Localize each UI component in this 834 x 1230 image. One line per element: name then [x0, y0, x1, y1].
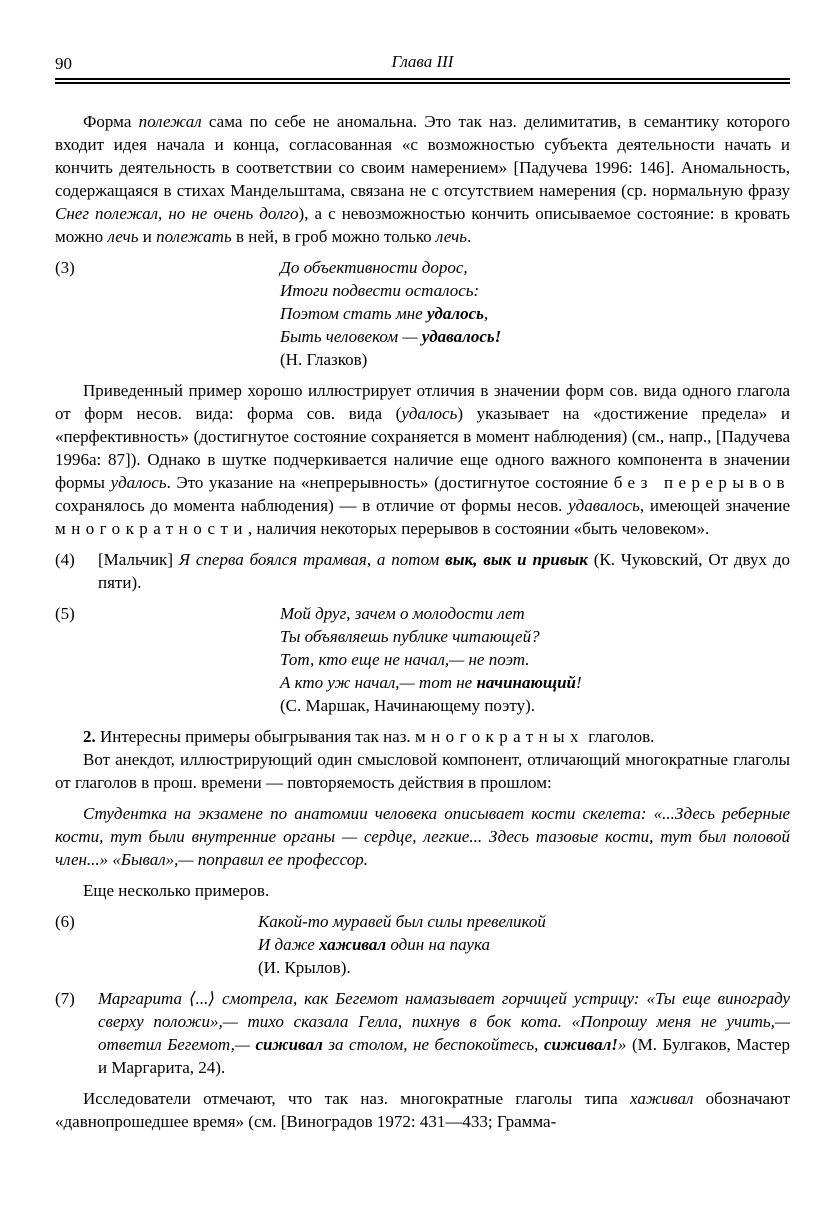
example-number: (6) — [55, 910, 98, 979]
text-segment: . — [467, 227, 471, 246]
verse-line: Мой друг, зачем о молодости лет — [280, 602, 582, 625]
text-segment: ! — [576, 673, 582, 692]
text-segment: хаживал — [319, 935, 386, 954]
text-segment: До объективности дорос, — [280, 258, 468, 277]
text-segment: лечь — [436, 227, 467, 246]
header-rule — [55, 80, 790, 84]
text-segment: удавалось — [568, 496, 640, 515]
text-segment: многократности — [55, 519, 248, 538]
example-number: (5) — [55, 602, 98, 717]
example-number: (7) — [55, 987, 98, 1079]
paragraph-2: Приведенный пример хорошо иллюстрирует о… — [55, 379, 790, 540]
text-segment: А кто уж начал,— тот не — [280, 673, 476, 692]
text-segment: Я сперва боялся трамвая, а потом — [179, 550, 445, 569]
page-body: Форма полежал сама по себе не аномальна.… — [55, 110, 790, 1133]
text-segment: . Это указание на «непрерывность» (дости… — [167, 473, 614, 492]
text-segment: полежал — [139, 112, 202, 131]
example-7: (7) Маргарита ⟨...⟩ смотрела, как Бегемо… — [55, 987, 790, 1079]
verse-line: Какой-то муравей был силы превеликой — [258, 910, 546, 933]
verse-line: Быть человеком — удавалось! — [280, 325, 501, 348]
text-segment: глаголов. — [584, 727, 654, 746]
paragraph-6: Исследователи отмечают, что так наз. мно… — [55, 1087, 790, 1133]
verse-line: Ты объявляешь публике читающей? — [280, 625, 582, 648]
text-segment: полежать — [156, 227, 232, 246]
text-segment: удалось — [427, 304, 484, 323]
text-segment: Итоги подвести осталось: — [280, 281, 479, 300]
example-number: (4) — [55, 548, 98, 594]
text-segment: Исследователи отмечают, что так наз. мно… — [83, 1089, 630, 1108]
text-segment: в ней, в гроб можно только — [232, 227, 436, 246]
text-segment: Еще несколько примеров. — [83, 881, 269, 900]
verse-line: А кто уж начал,— тот не начинающий! — [280, 671, 582, 694]
book-page: 90 Глава III Форма полежал сама по себе … — [0, 0, 834, 1230]
text-segment: Поэтом стать мне — [280, 304, 427, 323]
verse-attribution: (С. Маршак, Начинающему поэту). — [280, 694, 582, 717]
paragraph-5: Еще несколько примеров. — [55, 879, 790, 902]
text-segment: И даже — [258, 935, 319, 954]
example-number: (3) — [55, 256, 98, 371]
paragraph-1: Форма полежал сама по себе не аномальна.… — [55, 110, 790, 248]
text-segment: удалось — [111, 473, 167, 492]
text-segment: без перерывов — [614, 473, 790, 492]
verse-block: Какой-то муравей был силы превеликой И д… — [258, 910, 546, 979]
text-segment: Интересны примеры обыгрывания так наз. — [96, 727, 415, 746]
header-row: 90 Глава III — [55, 50, 790, 80]
text-segment: Студентка на экзамене по анатомии челове… — [55, 804, 790, 869]
text-segment: Мой друг, зачем о молодости лет — [280, 604, 525, 623]
text-segment: Какой-то муравей был силы превеликой — [258, 912, 546, 931]
text-segment: Вот анекдот, иллюстрирующий один смыслов… — [55, 750, 790, 792]
verse-attribution: (Н. Глазков) — [280, 348, 501, 371]
text-segment: (И. Крылов). — [258, 958, 351, 977]
text-segment: один на паука — [386, 935, 490, 954]
verse-line: Итоги подвести осталось: — [280, 279, 501, 302]
text-segment: Тот, кто еще не начал,— не поэт. — [280, 650, 529, 669]
text-segment: вык, вык и привык — [445, 550, 588, 569]
paragraph-4: Вот анекдот, иллюстрирующий один смыслов… — [55, 748, 790, 794]
text-segment: (С. Маршак, Начинающему поэту). — [280, 696, 535, 715]
example-5: (5) Мой друг, зачем о молодости лет Ты о… — [55, 602, 790, 717]
verse-line: До объективности дорос, — [280, 256, 501, 279]
page-number: 90 — [55, 52, 72, 75]
text-segment: сиживал! — [544, 1035, 618, 1054]
text-segment: сохранялось до момента наблюдения) — в о… — [55, 496, 568, 515]
anecdote-paragraph: Студентка на экзамене по анатомии челове… — [55, 802, 790, 871]
text-segment: начинающий — [476, 673, 576, 692]
chapter-title: Глава III — [392, 52, 454, 71]
text-segment: лечь — [107, 227, 138, 246]
page-header: 90 Глава III — [55, 50, 790, 84]
example-6: (6) Какой-то муравей был силы превеликой… — [55, 910, 790, 979]
text-segment: [Мальчик] — [98, 550, 179, 569]
example-text: Маргарита ⟨...⟩ смотрела, как Бегемот на… — [98, 987, 790, 1079]
verse-attribution: (И. Крылов). — [258, 956, 546, 979]
text-segment: Форма — [83, 112, 139, 131]
text-segment: , наличия некоторых перерывов в состояни… — [248, 519, 709, 538]
verse-line: И даже хаживал один на паука — [258, 933, 546, 956]
text-segment: сиживал — [255, 1035, 322, 1054]
verse-block: До объективности дорос, Итоги подвести о… — [280, 256, 501, 371]
text-segment: удавалось! — [422, 327, 502, 346]
text-segment: Ты объявляешь публике читающей? — [280, 627, 540, 646]
text-segment: , — [484, 304, 488, 323]
verse-block: Мой друг, зачем о молодости лет Ты объяв… — [280, 602, 582, 717]
text-segment: Снег полежал, но не очень долго — [55, 204, 299, 223]
text-segment: хаживал — [630, 1089, 693, 1108]
text-segment: удалось — [401, 404, 457, 423]
text-segment: за столом, не беспокойтесь, — [323, 1035, 544, 1054]
text-segment: (Н. Глазков) — [280, 350, 367, 369]
text-segment: 2. — [83, 727, 96, 746]
example-4: (4) [Мальчик] Я сперва боялся трамвая, а… — [55, 548, 790, 594]
text-segment: и — [138, 227, 156, 246]
verse-line: Поэтом стать мне удалось, — [280, 302, 501, 325]
text-segment: Быть человеком — — [280, 327, 422, 346]
example-3: (3) До объективности дорос, Итоги подвес… — [55, 256, 790, 371]
verse-line: Тот, кто еще не начал,— не поэт. — [280, 648, 582, 671]
text-segment: , имеющей значение — [640, 496, 790, 515]
text-segment: многократных — [415, 727, 584, 746]
paragraph-3: 2. Интересны примеры обыгрывания так наз… — [55, 725, 790, 748]
example-text: [Мальчик] Я сперва боялся трамвая, а пот… — [98, 548, 790, 594]
